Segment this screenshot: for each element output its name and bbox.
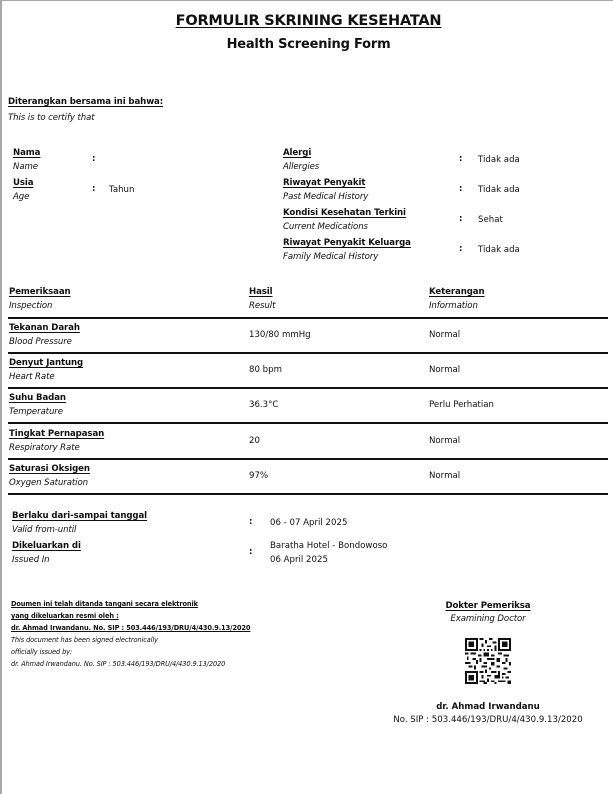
row-label: Tingkat Pernapasan bbox=[9, 429, 104, 439]
header-information-label: Keterangan bbox=[429, 287, 485, 297]
header-inspection-label: Pemeriksaan bbox=[9, 287, 71, 297]
row-info: Normal bbox=[429, 330, 460, 340]
current-medications-label: Kondisi Kesehatan Terkini bbox=[283, 208, 406, 218]
name-sublabel: Name bbox=[13, 162, 38, 172]
row-result: 36.3°C bbox=[249, 400, 278, 410]
row-result: 97% bbox=[249, 471, 268, 481]
doctor-label: Dokter Pemeriksa bbox=[388, 601, 588, 611]
age-label: Usia bbox=[13, 178, 33, 188]
colon: : bbox=[249, 517, 252, 527]
allergies-value: Tidak ada bbox=[478, 155, 520, 165]
current-medications-value: Sehat bbox=[478, 215, 503, 225]
row-sublabel: Respiratory Rate bbox=[9, 443, 80, 453]
allergies-sublabel: Allergies bbox=[283, 162, 319, 172]
row-info: Perlu Perhatian bbox=[429, 400, 494, 410]
row-sublabel: Temperature bbox=[9, 407, 63, 417]
note-id-line2: yang dikeluarkan resmi oleh : bbox=[11, 612, 119, 620]
row-sublabel: Heart Rate bbox=[9, 372, 55, 382]
row-label: Tekanan Darah bbox=[9, 323, 80, 333]
colon: : bbox=[92, 154, 95, 164]
row-result: 20 bbox=[249, 436, 260, 446]
colon: : bbox=[249, 547, 252, 557]
row-label: Denyut Jantung bbox=[9, 358, 83, 368]
row-label: Saturasi Oksigen bbox=[9, 464, 90, 474]
certify-label: Diterangkan bersama ini bahwa: bbox=[8, 97, 163, 107]
header-information-sublabel: Information bbox=[429, 301, 478, 311]
allergies-label: Alergi bbox=[283, 148, 311, 158]
issued-sublabel: Issued In bbox=[12, 555, 50, 565]
note-en-line3: dr. Ahmad Irwandanu. No. SIP : 503.446/1… bbox=[11, 660, 225, 668]
row-info: Normal bbox=[429, 365, 460, 375]
past-medical-history-sublabel: Past Medical History bbox=[283, 192, 368, 202]
table-divider bbox=[8, 493, 608, 495]
qr-code-icon bbox=[465, 638, 511, 684]
family-medical-history-sublabel: Family Medical History bbox=[283, 252, 378, 262]
age-sublabel: Age bbox=[13, 192, 29, 202]
header-result-label: Hasil bbox=[249, 287, 273, 297]
valid-value: 06 - 07 April 2025 bbox=[270, 518, 347, 528]
note-id-line3: dr. Ahmad Irwandanu. No. SIP : 503.446/1… bbox=[11, 624, 250, 632]
note-id-line1: Doumen ini telah ditanda tangani secara … bbox=[11, 600, 198, 608]
past-medical-history-label: Riwayat Penyakit bbox=[283, 178, 365, 188]
age-value: Tahun bbox=[109, 185, 134, 195]
valid-sublabel: Valid from-until bbox=[12, 525, 76, 535]
issued-place: Baratha Hotel - Bondowoso bbox=[270, 541, 387, 551]
family-medical-history-label: Riwayat Penyakit Keluarga bbox=[283, 238, 411, 248]
table-divider bbox=[8, 422, 608, 424]
past-medical-history-value: Tidak ada bbox=[478, 185, 520, 195]
row-label: Suhu Badan bbox=[9, 393, 66, 403]
issued-date: 06 April 2025 bbox=[270, 555, 328, 565]
colon: : bbox=[459, 184, 462, 194]
form-subtitle: Health Screening Form bbox=[2, 37, 613, 52]
valid-label: Berlaku dari-sampai tanggal bbox=[12, 511, 147, 521]
colon: : bbox=[459, 244, 462, 254]
current-medications-sublabel: Current Medications bbox=[283, 222, 368, 232]
name-label: Nama bbox=[13, 148, 40, 158]
row-info: Normal bbox=[429, 436, 460, 446]
note-en-line2: officially issued by: bbox=[11, 648, 72, 656]
header-inspection-sublabel: Inspection bbox=[9, 301, 52, 311]
doctor-sublabel: Examining Doctor bbox=[388, 614, 588, 624]
row-sublabel: Oxygen Saturation bbox=[9, 478, 88, 488]
issued-label: Dikeluarkan di bbox=[12, 541, 81, 551]
doctor-sip: No. SIP : 503.446/193/DRU/4/430.9.13/202… bbox=[378, 715, 598, 725]
colon: : bbox=[459, 154, 462, 164]
family-medical-history-value: Tidak ada bbox=[478, 245, 520, 255]
form-title: FORMULIR SKRINING KESEHATAN bbox=[2, 13, 613, 29]
row-result: 130/80 mmHg bbox=[249, 330, 311, 340]
table-divider bbox=[8, 317, 608, 319]
row-result: 80 bpm bbox=[249, 365, 282, 375]
colon: : bbox=[92, 184, 95, 194]
table-divider bbox=[8, 387, 608, 389]
table-divider bbox=[8, 352, 608, 354]
header-result-sublabel: Result bbox=[249, 301, 275, 311]
certify-sublabel: This is to certify that bbox=[8, 113, 95, 123]
note-en-line1: This document has been signed electronic… bbox=[11, 636, 158, 644]
colon: : bbox=[459, 214, 462, 224]
table-divider bbox=[8, 458, 608, 460]
row-sublabel: Blood Pressure bbox=[9, 337, 72, 347]
doctor-name: dr. Ahmad Irwandanu bbox=[388, 702, 588, 712]
row-info: Normal bbox=[429, 471, 460, 481]
